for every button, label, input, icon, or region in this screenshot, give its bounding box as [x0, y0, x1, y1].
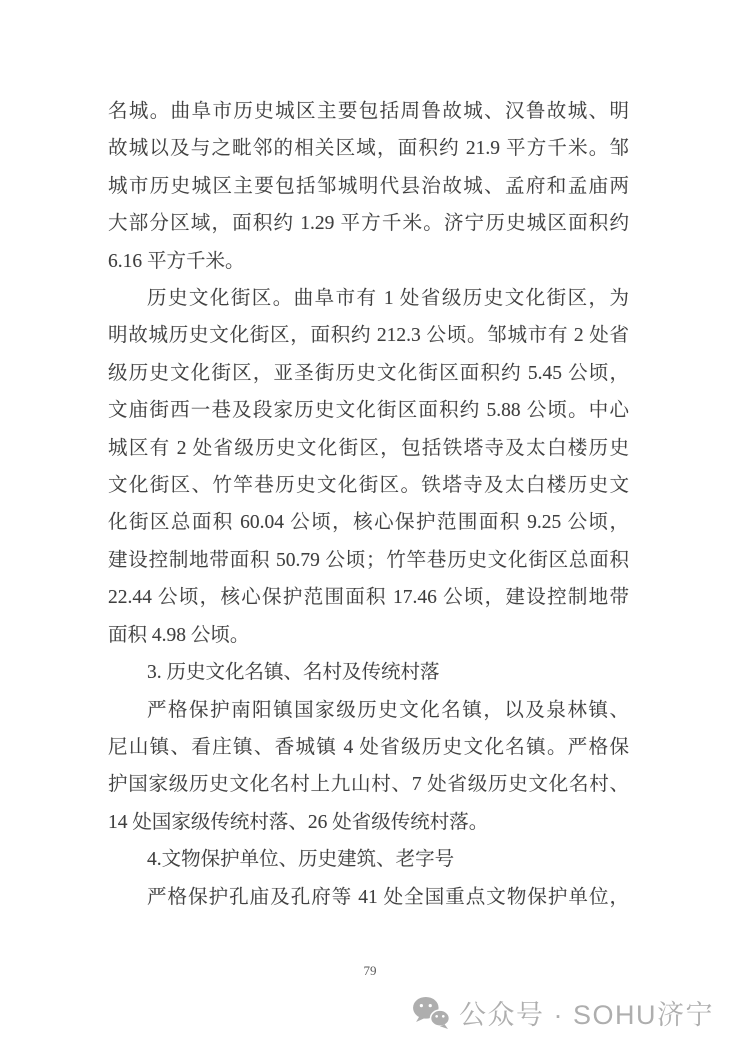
body-line: 严格保护孔庙及孔府等 41 处全国重点文物保护单位，	[108, 879, 629, 916]
section-heading: 4.文物保护单位、历史建筑、老字号	[108, 841, 629, 878]
body-line: 6.16 平方千米。	[108, 243, 629, 280]
body-line: 城区有 2 处省级历史文化街区，包括铁塔寺及太白楼历史	[108, 430, 629, 467]
body-line: 明故城历史文化街区，面积约 212.3 公顷。邹城市有 2 处省	[108, 317, 629, 354]
body-line: 22.44 公顷，核心保护范围面积 17.46 公顷，建设控制地带	[108, 579, 629, 616]
body-line: 化街区总面积 60.04 公顷，核心保护范围面积 9.25 公顷，	[108, 504, 629, 541]
body-line: 14 处国家级传统村落、26 处省级传统村落。	[108, 804, 629, 841]
page-number: 79	[0, 963, 740, 979]
body-line: 故城以及与之毗邻的相关区域，面积约 21.9 平方千米。邹	[108, 130, 629, 167]
body-line: 名城。曲阜市历史城区主要包括周鲁故城、汉鲁故城、明	[108, 93, 629, 130]
watermark: 公众号 · SOHU济宁	[412, 993, 714, 1032]
body-text-block: 名城。曲阜市历史城区主要包括周鲁故城、汉鲁故城、明 故城以及与之毗邻的相关区域，…	[108, 93, 629, 916]
body-line: 尼山镇、看庄镇、香城镇 4 处省级历史文化名镇。严格保	[108, 729, 629, 766]
wechat-icon	[412, 996, 450, 1030]
body-line: 城市历史城区主要包括邹城明代县治故城、孟府和孟庙两	[108, 168, 629, 205]
body-line: 级历史文化街区，亚圣街历史文化街区面积约 5.45 公顷，	[108, 355, 629, 392]
body-line: 护国家级历史文化名村上九山村、7 处省级历史文化名村、	[108, 766, 629, 803]
watermark-text: 公众号 · SOHU济宁	[459, 993, 714, 1032]
body-line: 历史文化街区。曲阜市有 1 处省级历史文化街区，为	[108, 280, 629, 317]
document-page: 名城。曲阜市历史城区主要包括周鲁故城、汉鲁故城、明 故城以及与之毗邻的相关区域，…	[0, 0, 740, 1047]
body-line: 文庙街西一巷及段家历史文化街区面积约 5.88 公顷。中心	[108, 392, 629, 429]
section-heading: 3. 历史文化名镇、名村及传统村落	[108, 654, 629, 691]
body-line: 严格保护南阳镇国家级历史文化名镇，以及泉林镇、	[108, 692, 629, 729]
body-line: 大部分区域，面积约 1.29 平方千米。济宁历史城区面积约	[108, 205, 629, 242]
body-line: 面积 4.98 公顷。	[108, 617, 629, 654]
body-line: 建设控制地带面积 50.79 公顷；竹竿巷历史文化街区总面积	[108, 542, 629, 579]
body-line: 文化街区、竹竿巷历史文化街区。铁塔寺及太白楼历史文	[108, 467, 629, 504]
